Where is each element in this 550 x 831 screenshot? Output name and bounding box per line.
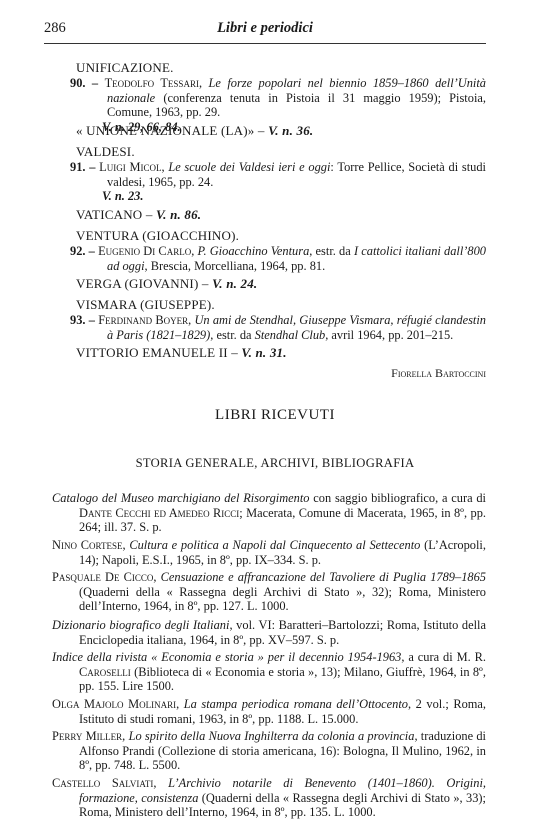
entry-92: 92. – Eugenio Di Carlo, P. Gioacchino Ve… (44, 244, 486, 273)
page-header: 286 Libri e periodici (44, 20, 486, 38)
received-entry-7: Perry Miller, Lo spirito della Nuova Ing… (52, 729, 486, 773)
heading-vismara: VISMARA (GIUSEPPE). (76, 298, 215, 313)
heading-verga: VERGA (GIOVANNI) – V. n. 24. (76, 277, 257, 292)
received-entry-2: Nino Cortese, Cultura e politica a Napol… (52, 538, 486, 567)
running-head: Libri e periodici (44, 20, 486, 37)
header-rule (44, 43, 486, 44)
heading-unificazione: UNIFICAZIONE. (76, 61, 174, 76)
document-page: 286 Libri e periodici UNIFICAZIONE. 90. … (0, 0, 550, 831)
entry-91: 91. – Luigi Micol, Le scuole dei Valdesi… (44, 160, 486, 204)
section-subtitle: STORIA GENERALE, ARCHIVI, BIBLIOGRAFIA (0, 456, 550, 471)
heading-vaticano: VATICANO – V. n. 86. (76, 208, 201, 223)
received-entry-6: Olga Majolo Molinari, La stampa periodic… (52, 697, 486, 726)
received-entry-5: Indice della rivista « Economia e storia… (52, 650, 486, 694)
signature: Fiorella Bartoccini (391, 366, 486, 381)
received-entry-4: Dizionario biografico degli Italiani, vo… (52, 618, 486, 647)
received-entry-3: Pasquale De Cicco, Censuazione e affranc… (52, 570, 486, 614)
section-title-libri-ricevuti: LIBRI RICEVUTI (0, 407, 550, 424)
heading-vittorio-emanuele: VITTORIO EMANUELE II – V. n. 31. (76, 346, 287, 361)
received-entry-1: Catalogo del Museo marchigiano del Risor… (52, 491, 486, 535)
entry-93: 93. – Ferdinand Boyer, Un ami de Stendha… (44, 313, 486, 342)
heading-unione-nazionale: « UNIONE NAZIONALE (LA)» – V. n. 36. (76, 124, 313, 139)
heading-ventura: VENTURA (GIOACCHINO). (76, 229, 239, 244)
received-entry-8: Castello Salviati, L’Archivio notarile d… (52, 776, 486, 820)
heading-valdesi: VALDESI. (76, 145, 135, 160)
